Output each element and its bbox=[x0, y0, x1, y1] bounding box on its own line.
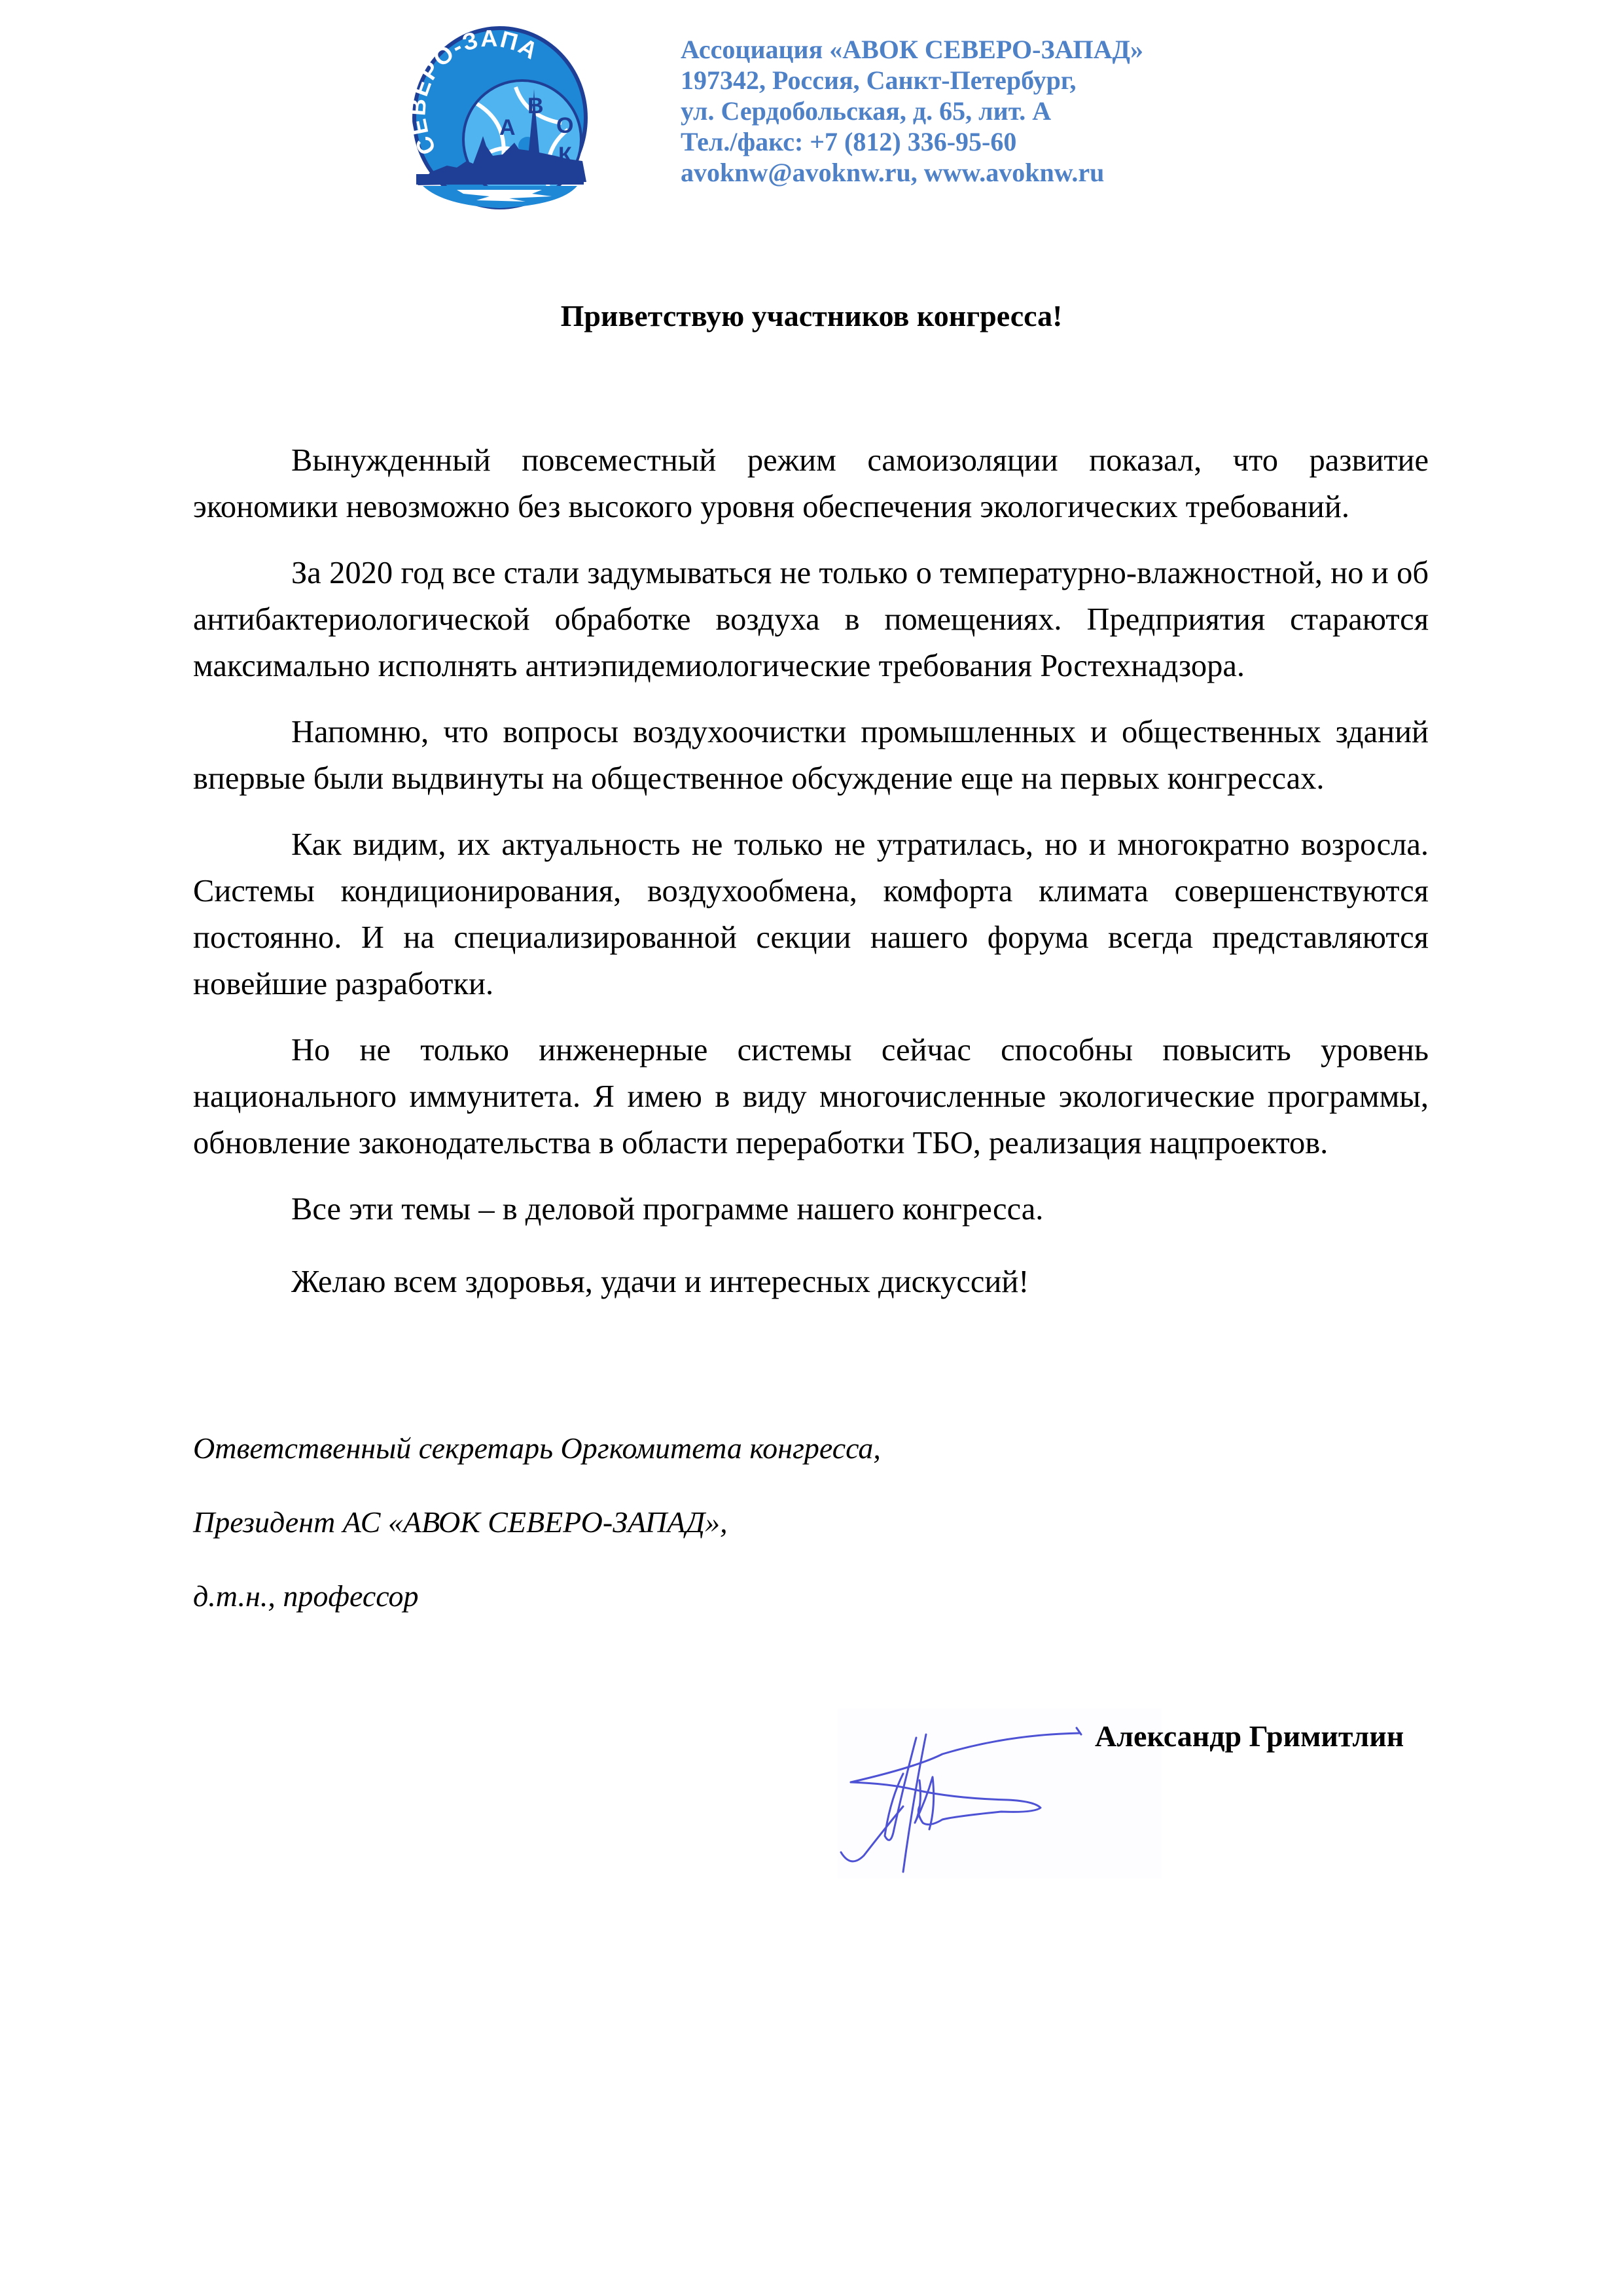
postal-address-city: 197342, Россия, Санкт-Петербург, bbox=[681, 65, 1143, 96]
letterhead-contact-block: Ассоциация «АВОК СЕВЕРО-ЗАПАД» 197342, Р… bbox=[681, 34, 1143, 188]
letter-title: Приветствую участников конгресса! bbox=[0, 298, 1623, 334]
paragraph-4: Как видим, их актуальность не только не … bbox=[193, 821, 1429, 1007]
role-degree: д.т.н., профессор bbox=[193, 1581, 881, 1611]
paragraph-closing: Желаю всем здоровья, удачи и интересных … bbox=[193, 1259, 1429, 1305]
signatory-roles: Ответственный секретарь Оргкомитета конг… bbox=[193, 1433, 881, 1655]
paragraph-1: Вынужденный повсеместный режим самоизоля… bbox=[193, 437, 1429, 530]
svg-text:О: О bbox=[556, 113, 573, 138]
email-website: avoknw@avoknw.ru, www.avoknw.ru bbox=[681, 157, 1143, 188]
signer-name: Александр Гримитлин bbox=[1095, 1718, 1404, 1755]
paragraph-6: Все эти темы – в деловой программе нашег… bbox=[193, 1186, 1429, 1232]
phone-fax: Тел./факс: +7 (812) 336-95-60 bbox=[681, 126, 1143, 157]
postal-address-street: ул. Сердобольская, д. 65, лит. А bbox=[681, 96, 1143, 126]
avok-severo-zapad-logo-icon: А В О К СЕВЕРО-ЗАПАД bbox=[411, 25, 589, 211]
paragraph-2: За 2020 год все стали задумываться не то… bbox=[193, 550, 1429, 689]
letter-body: Вынужденный повсеместный режим самоизоля… bbox=[193, 437, 1429, 1325]
role-secretary: Ответственный секретарь Оргкомитета конг… bbox=[193, 1433, 881, 1463]
paragraph-3: Напомню, что вопросы воздухоочистки пром… bbox=[193, 709, 1429, 802]
role-president: Президент АС «АВОК СЕВЕРО-ЗАПАД», bbox=[193, 1507, 881, 1537]
organization-name: Ассоциация «АВОК СЕВЕРО-ЗАПАД» bbox=[681, 34, 1143, 65]
svg-text:А: А bbox=[499, 115, 516, 140]
paragraph-5: Но не только инженерные системы сейчас с… bbox=[193, 1027, 1429, 1166]
avok-logo: А В О К СЕВЕРО-ЗАПАД bbox=[411, 25, 589, 211]
